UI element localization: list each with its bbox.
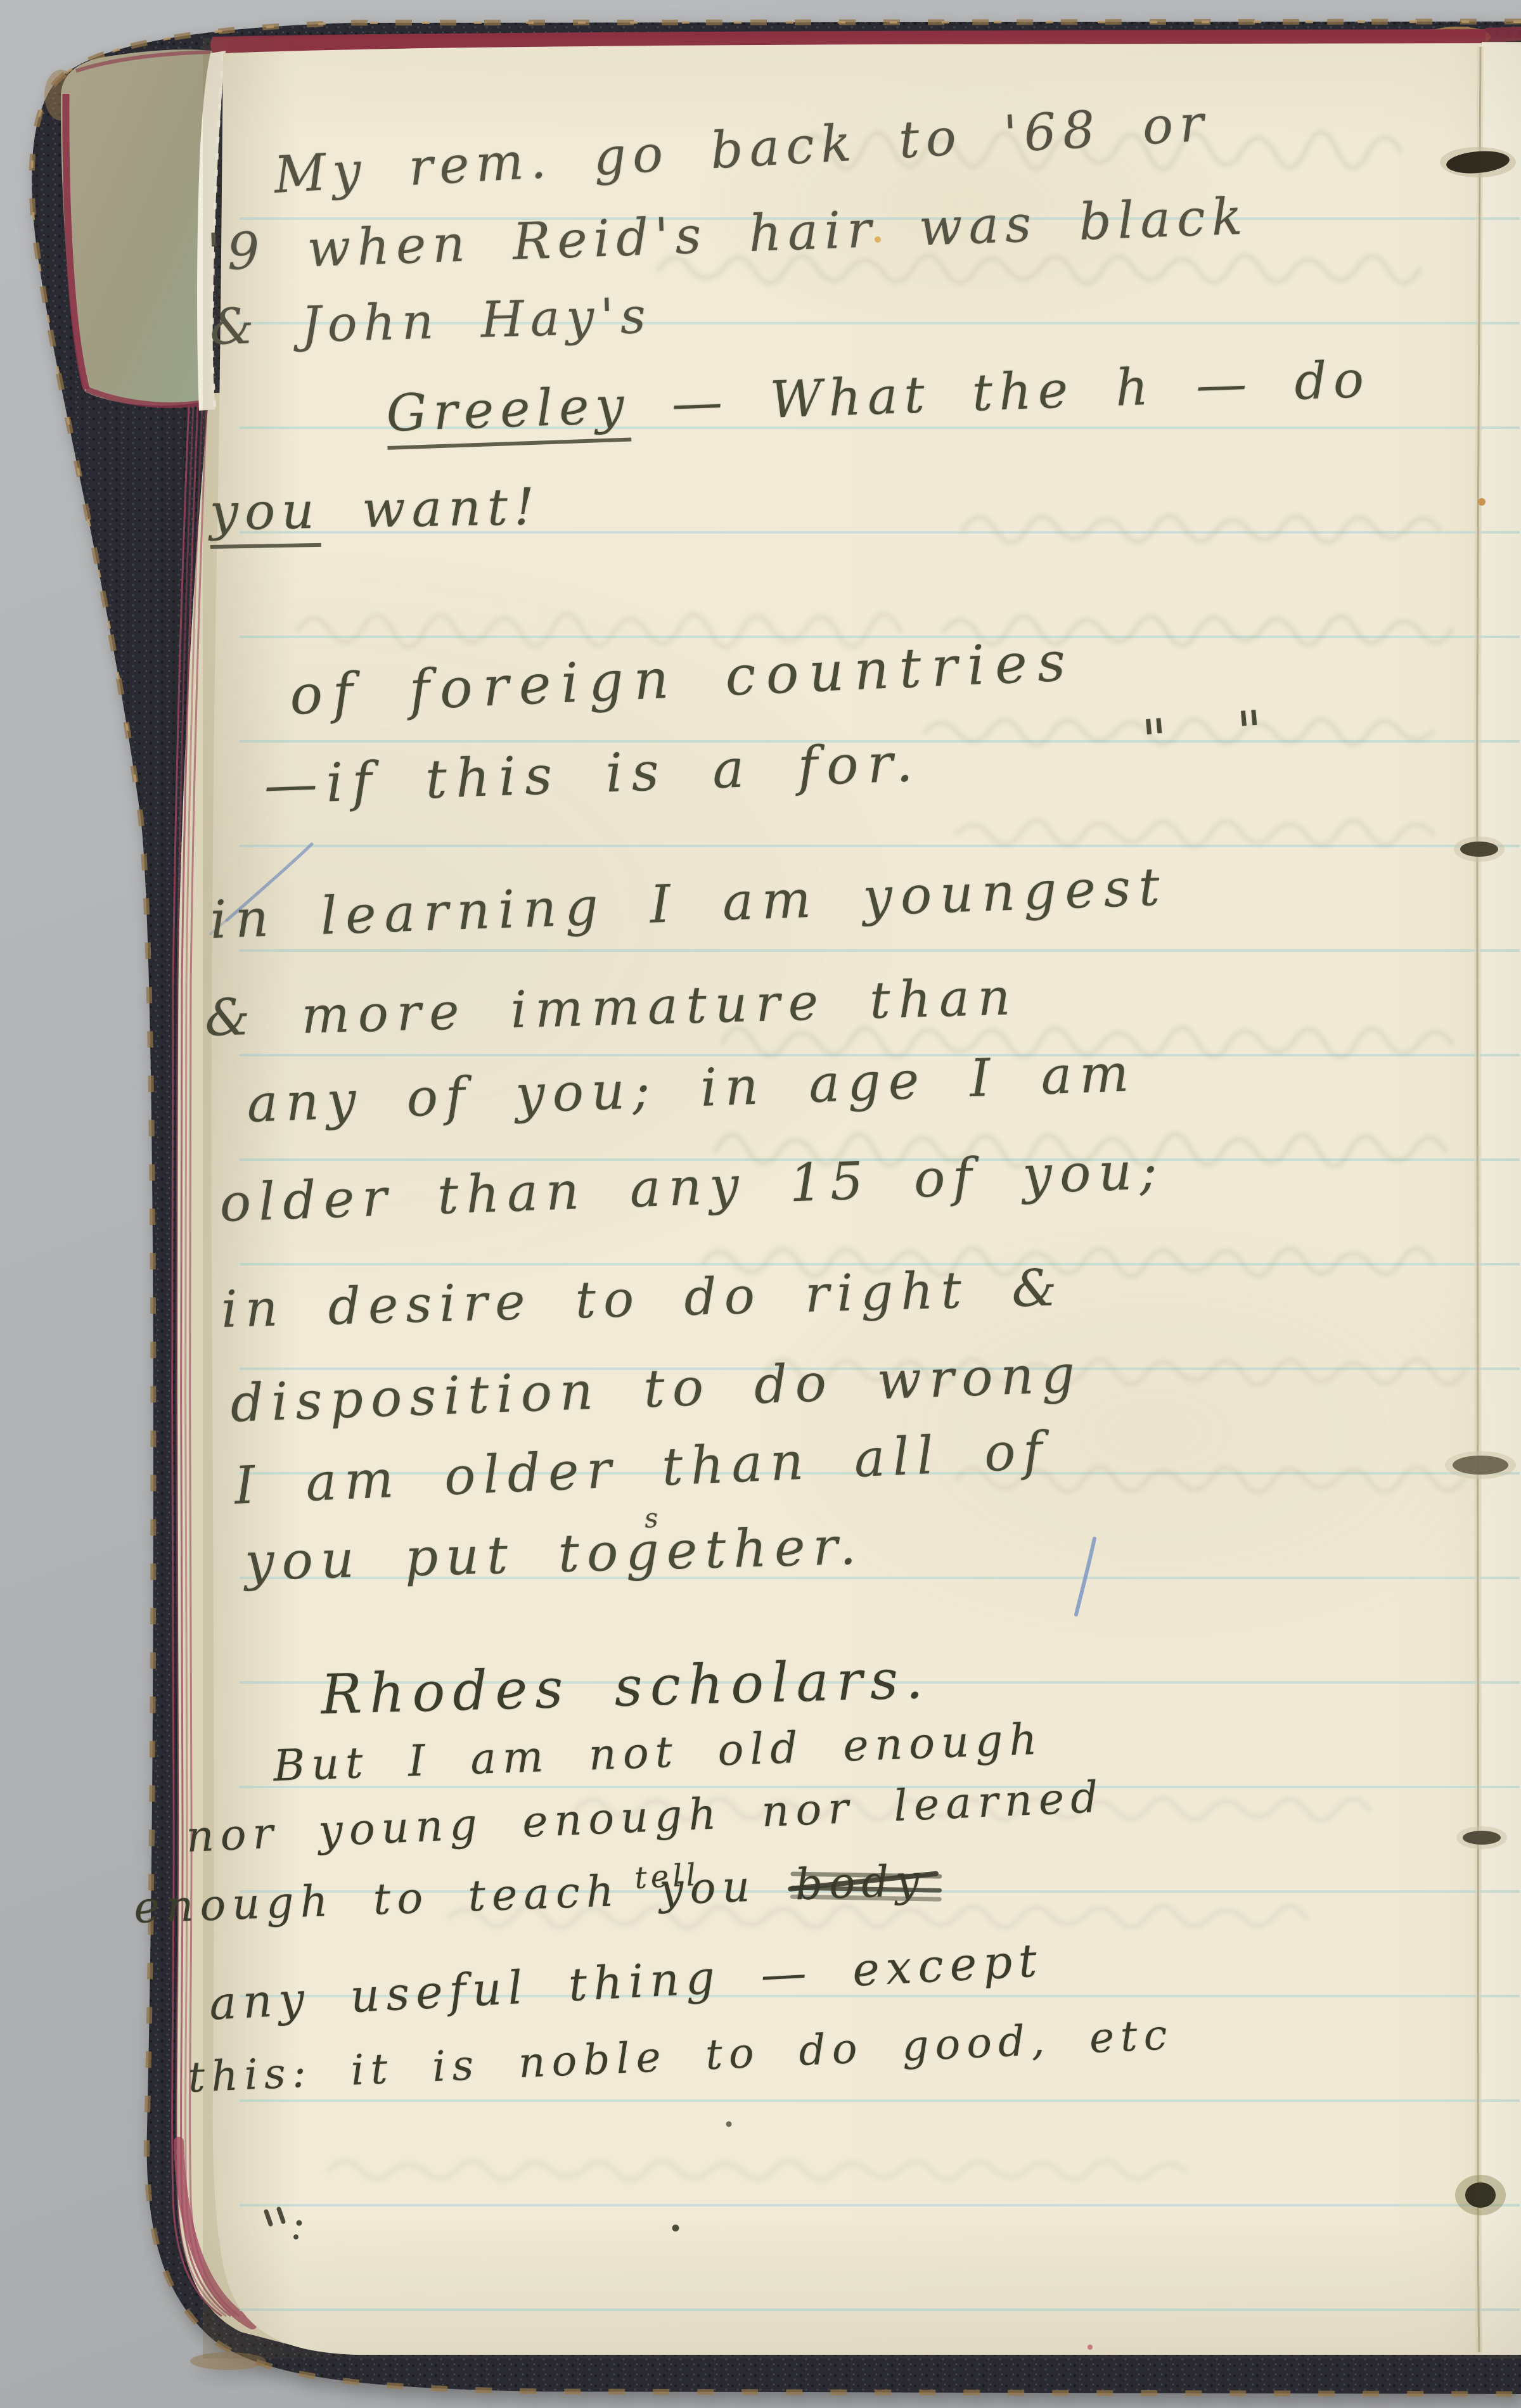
struck-out-word: body — [794, 1855, 927, 1910]
underlined-word: you — [209, 481, 321, 549]
torn-corner-endpaper — [61, 49, 214, 406]
handwriting-text: want! — [320, 477, 541, 540]
inserted-word: tell — [634, 1857, 700, 1896]
gutter-strip — [1482, 42, 1521, 2355]
ink-blot — [1465, 2182, 1496, 2208]
handwriting-line: you want! — [209, 477, 541, 542]
notebook-photo: My rem. go back to '68 or '9 when Reid's… — [0, 0, 1521, 2408]
ditto-marks: " " — [1139, 696, 1282, 774]
handwriting-line: & John Hay's — [209, 288, 653, 356]
underlined-word: Greeley — [385, 376, 631, 450]
superscript-insertion: s — [643, 1502, 665, 1534]
